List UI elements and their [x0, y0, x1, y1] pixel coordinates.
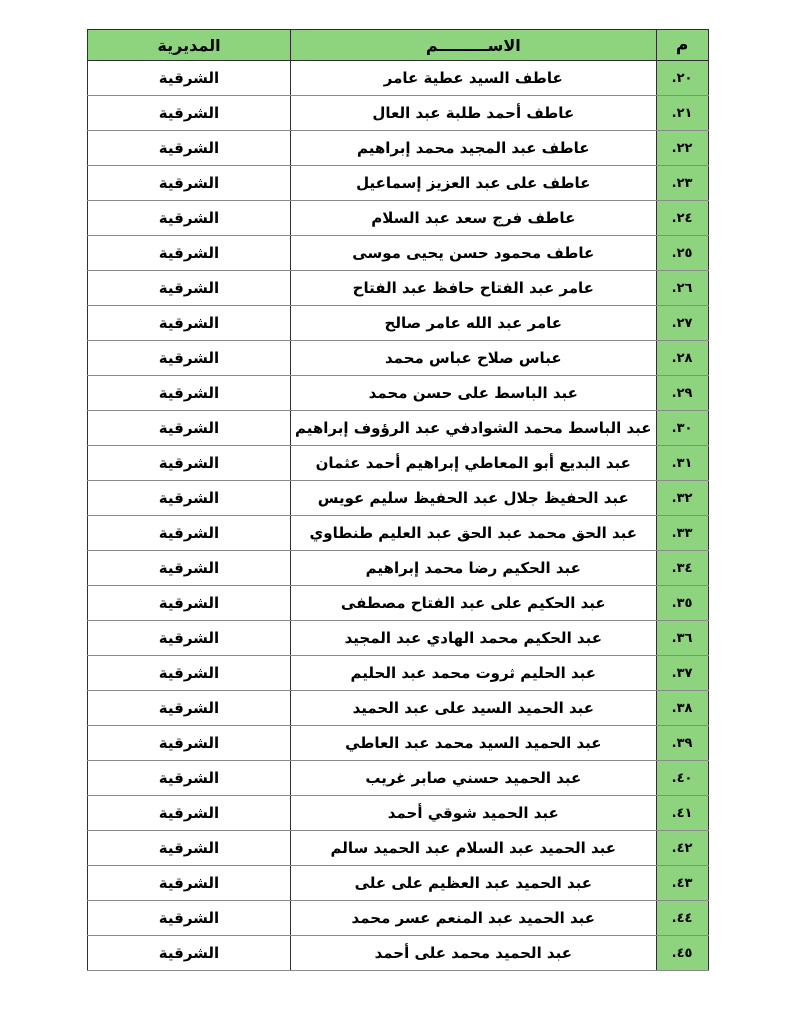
governorate-cell: الشرقية: [88, 516, 291, 551]
row-number-cell: ٣٦.: [656, 621, 708, 656]
governorate-cell: الشرقية: [88, 656, 291, 691]
table-row: ٣٨. عبد الحميد السيد على عبد الحميد الشر…: [88, 691, 709, 726]
governorate-cell: الشرقية: [88, 551, 291, 586]
name-cell: عاطف محمود حسن يحيى موسى: [291, 236, 657, 271]
governorate-cell: الشرقية: [88, 306, 291, 341]
governorate-cell: الشرقية: [88, 236, 291, 271]
row-number-cell: ٢١.: [656, 96, 708, 131]
row-number-cell: ٤٠.: [656, 761, 708, 796]
governorate-cell: الشرقية: [88, 201, 291, 236]
name-cell: عبد الحميد عبد السلام عبد الحميد سالم: [291, 831, 657, 866]
table-row: ٤٥. عبد الحميد محمد على أحمد الشرقية: [88, 936, 709, 971]
governorate-cell: الشرقية: [88, 831, 291, 866]
table-row: ٣٩. عبد الحميد السيد محمد عبد العاطي الش…: [88, 726, 709, 761]
row-number-cell: ٣٢.: [656, 481, 708, 516]
table-row: ٢٤. عاطف فرج سعد عبد السلام الشرقية: [88, 201, 709, 236]
governorate-cell: الشرقية: [88, 761, 291, 796]
row-number-cell: ٢٣.: [656, 166, 708, 201]
governorate-cell: الشرقية: [88, 621, 291, 656]
name-cell: عبد الحق محمد عبد الحق عبد العليم طنطاوي: [291, 516, 657, 551]
row-number-cell: ٣٤.: [656, 551, 708, 586]
name-cell: عاطف فرج سعد عبد السلام: [291, 201, 657, 236]
row-number-cell: ٢٩.: [656, 376, 708, 411]
table-row: ٢٩. عبد الباسط على حسن محمد الشرقية: [88, 376, 709, 411]
name-cell: عبد الحميد عبد العظيم على على: [291, 866, 657, 901]
name-cell: عبد الحميد عبد المنعم عسر محمد: [291, 901, 657, 936]
table-row: ٤٣. عبد الحميد عبد العظيم على على الشرقي…: [88, 866, 709, 901]
table-row: ٢١. عاطف أحمد طلبة عبد العال الشرقية: [88, 96, 709, 131]
name-cell: عبد الحميد شوقي أحمد: [291, 796, 657, 831]
name-cell: عبد الحميد حسني صابر غريب: [291, 761, 657, 796]
name-cell: عبد الحميد السيد على عبد الحميد: [291, 691, 657, 726]
table-row: ٤٤. عبد الحميد عبد المنعم عسر محمد الشرق…: [88, 901, 709, 936]
governorate-cell: الشرقية: [88, 376, 291, 411]
governorate-cell: الشرقية: [88, 341, 291, 376]
governorate-cell: الشرقية: [88, 866, 291, 901]
table-row: ٣٥. عبد الحكيم على عبد الفتاح مصطفى الشر…: [88, 586, 709, 621]
table-row: ٣٧. عبد الحليم ثروت محمد عبد الحليم الشر…: [88, 656, 709, 691]
row-number-cell: ٤١.: [656, 796, 708, 831]
column-header-number: م: [656, 30, 708, 61]
document-page: م الاســـــــــم المديرية ٢٠. عاطف السيد…: [0, 0, 792, 1024]
name-cell: عبد الباسط محمد الشوادفي عبد الرؤوف إبرا…: [291, 411, 657, 446]
row-number-cell: ٢٨.: [656, 341, 708, 376]
table-row: ٢٧. عامر عبد الله عامر صالح الشرقية: [88, 306, 709, 341]
name-cell: عبد الحميد محمد على أحمد: [291, 936, 657, 971]
governorate-cell: الشرقية: [88, 796, 291, 831]
governorate-cell: الشرقية: [88, 446, 291, 481]
name-cell: عبد الحكيم على عبد الفتاح مصطفى: [291, 586, 657, 621]
name-cell: عبد الحفيظ جلال عبد الحفيظ سليم عويس: [291, 481, 657, 516]
governorate-cell: الشرقية: [88, 271, 291, 306]
governorate-cell: الشرقية: [88, 586, 291, 621]
row-number-cell: ٣٥.: [656, 586, 708, 621]
name-cell: عامر عبد الفتاح حافظ عبد الفتاح: [291, 271, 657, 306]
row-number-cell: ٣٣.: [656, 516, 708, 551]
governorate-cell: الشرقية: [88, 726, 291, 761]
governorate-cell: الشرقية: [88, 96, 291, 131]
name-cell: عامر عبد الله عامر صالح: [291, 306, 657, 341]
governorate-cell: الشرقية: [88, 411, 291, 446]
name-cell: عبد البديع أبو المعاطي إبراهيم أحمد عثما…: [291, 446, 657, 481]
table-row: ٢٣. عاطف على عبد العزيز إسماعيل الشرقية: [88, 166, 709, 201]
roster-table: م الاســـــــــم المديرية ٢٠. عاطف السيد…: [87, 29, 709, 971]
table-row: ٣٠. عبد الباسط محمد الشوادفي عبد الرؤوف …: [88, 411, 709, 446]
row-number-cell: ٣٩.: [656, 726, 708, 761]
table-row: ٢٠. عاطف السيد عطية عامر الشرقية: [88, 61, 709, 96]
row-number-cell: ٣٨.: [656, 691, 708, 726]
row-number-cell: ٣١.: [656, 446, 708, 481]
row-number-cell: ٢٤.: [656, 201, 708, 236]
row-number-cell: ٤٥.: [656, 936, 708, 971]
name-cell: عبد الحكيم محمد الهادي عبد المجيد: [291, 621, 657, 656]
row-number-cell: ٤٤.: [656, 901, 708, 936]
table-row: ٢٢. عاطف عبد المجيد محمد إبراهيم الشرقية: [88, 131, 709, 166]
table-row: ٤٠. عبد الحميد حسني صابر غريب الشرقية: [88, 761, 709, 796]
table-row: ٢٨. عباس صلاح عباس محمد الشرقية: [88, 341, 709, 376]
table-header-row: م الاســـــــــم المديرية: [88, 30, 709, 61]
name-cell: عبد الحميد السيد محمد عبد العاطي: [291, 726, 657, 761]
governorate-cell: الشرقية: [88, 481, 291, 516]
governorate-cell: الشرقية: [88, 691, 291, 726]
governorate-cell: الشرقية: [88, 61, 291, 96]
table-row: ٤٢. عبد الحميد عبد السلام عبد الحميد سال…: [88, 831, 709, 866]
row-number-cell: ٢٧.: [656, 306, 708, 341]
governorate-cell: الشرقية: [88, 901, 291, 936]
governorate-cell: الشرقية: [88, 936, 291, 971]
name-cell: عاطف على عبد العزيز إسماعيل: [291, 166, 657, 201]
column-header-name: الاســـــــــم: [291, 30, 657, 61]
row-number-cell: ٤٣.: [656, 866, 708, 901]
column-header-governorate: المديرية: [88, 30, 291, 61]
row-number-cell: ٤٢.: [656, 831, 708, 866]
name-cell: عبد الباسط على حسن محمد: [291, 376, 657, 411]
table-row: ٣١. عبد البديع أبو المعاطي إبراهيم أحمد …: [88, 446, 709, 481]
row-number-cell: ٢٥.: [656, 236, 708, 271]
row-number-cell: ٢٢.: [656, 131, 708, 166]
row-number-cell: ٢٠.: [656, 61, 708, 96]
table-row: ٣٣. عبد الحق محمد عبد الحق عبد العليم طن…: [88, 516, 709, 551]
name-cell: عاطف عبد المجيد محمد إبراهيم: [291, 131, 657, 166]
name-cell: عاطف أحمد طلبة عبد العال: [291, 96, 657, 131]
name-cell: عباس صلاح عباس محمد: [291, 341, 657, 376]
row-number-cell: ٢٦.: [656, 271, 708, 306]
governorate-cell: الشرقية: [88, 131, 291, 166]
table-row: ٢٦. عامر عبد الفتاح حافظ عبد الفتاح الشر…: [88, 271, 709, 306]
name-cell: عاطف السيد عطية عامر: [291, 61, 657, 96]
table-row: ٢٥. عاطف محمود حسن يحيى موسى الشرقية: [88, 236, 709, 271]
table-row: ٣٦. عبد الحكيم محمد الهادي عبد المجيد ال…: [88, 621, 709, 656]
table-row: ٣٢. عبد الحفيظ جلال عبد الحفيظ سليم عويس…: [88, 481, 709, 516]
table-row: ٤١. عبد الحميد شوقي أحمد الشرقية: [88, 796, 709, 831]
table-row: ٣٤. عبد الحكيم رضا محمد إبراهيم الشرقية: [88, 551, 709, 586]
governorate-cell: الشرقية: [88, 166, 291, 201]
row-number-cell: ٣٧.: [656, 656, 708, 691]
row-number-cell: ٣٠.: [656, 411, 708, 446]
name-cell: عبد الحليم ثروت محمد عبد الحليم: [291, 656, 657, 691]
name-cell: عبد الحكيم رضا محمد إبراهيم: [291, 551, 657, 586]
